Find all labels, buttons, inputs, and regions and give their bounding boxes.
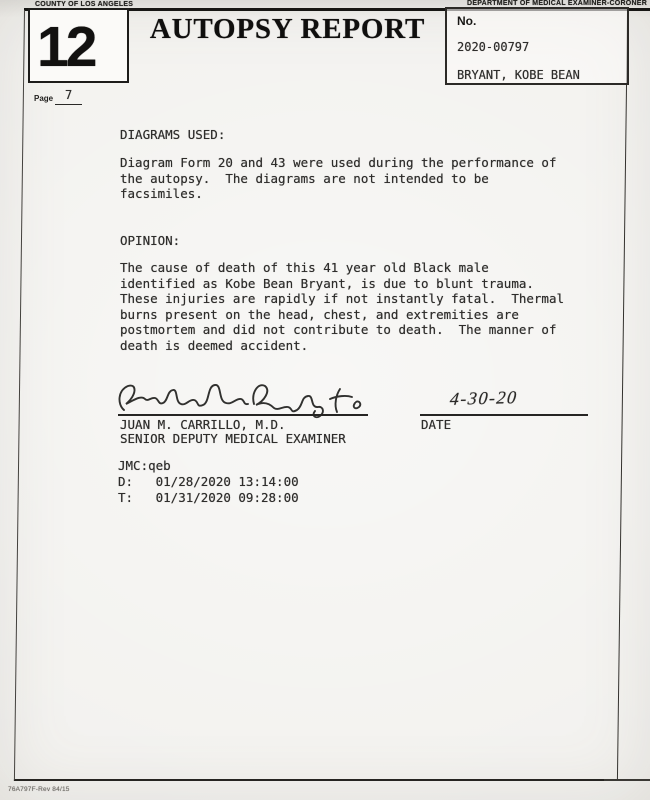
transcribed-date-line: T: 01/31/2020 09:28:00 <box>118 490 299 506</box>
page-stamp-box: 12 <box>28 8 129 83</box>
page-number: 7 <box>55 88 82 105</box>
page-stamp-number: 12 <box>37 19 94 76</box>
bottom-border-extension <box>604 779 650 781</box>
department-label: DEPARTMENT OF MEDICAL EXAMINER-CORONER <box>467 0 647 7</box>
report-title: AUTOPSY REPORT <box>130 13 445 46</box>
case-number: 2020-00797 <box>457 40 529 56</box>
opinion-paragraph: The cause of death of this 41 year old B… <box>120 260 564 354</box>
case-no-label: No. <box>457 14 476 28</box>
opinion-heading: OPINION: <box>120 233 180 249</box>
signature-line <box>118 414 368 416</box>
date-line <box>420 414 588 416</box>
decedent-name: BRYANT, KOBE BEAN <box>457 68 580 84</box>
autopsy-report-page: COUNTY OF LOS ANGELES DEPARTMENT OF MEDI… <box>0 0 650 800</box>
dictated-date-line: D: 01/28/2020 13:14:00 <box>118 474 299 490</box>
case-number-box: No. 2020-00797 BRYANT, KOBE BEAN <box>445 7 629 85</box>
diagrams-used-paragraph: Diagram Form 20 and 43 were used during … <box>120 155 557 202</box>
page-number-row: Page 7 <box>34 88 82 105</box>
date-label: DATE <box>421 417 451 433</box>
transcriber-initials: JMC:qeb <box>118 458 171 474</box>
county-label: COUNTY OF LOS ANGELES <box>35 1 133 8</box>
examiner-title: SENIOR DEPUTY MEDICAL EXAMINER <box>120 431 346 447</box>
page-label: Page <box>34 94 53 105</box>
form-number: 76A797F-Rev 84/15 <box>8 786 70 793</box>
handwritten-date: 4-30-20 <box>449 387 519 410</box>
diagrams-used-heading: DIAGRAMS USED: <box>120 127 225 143</box>
